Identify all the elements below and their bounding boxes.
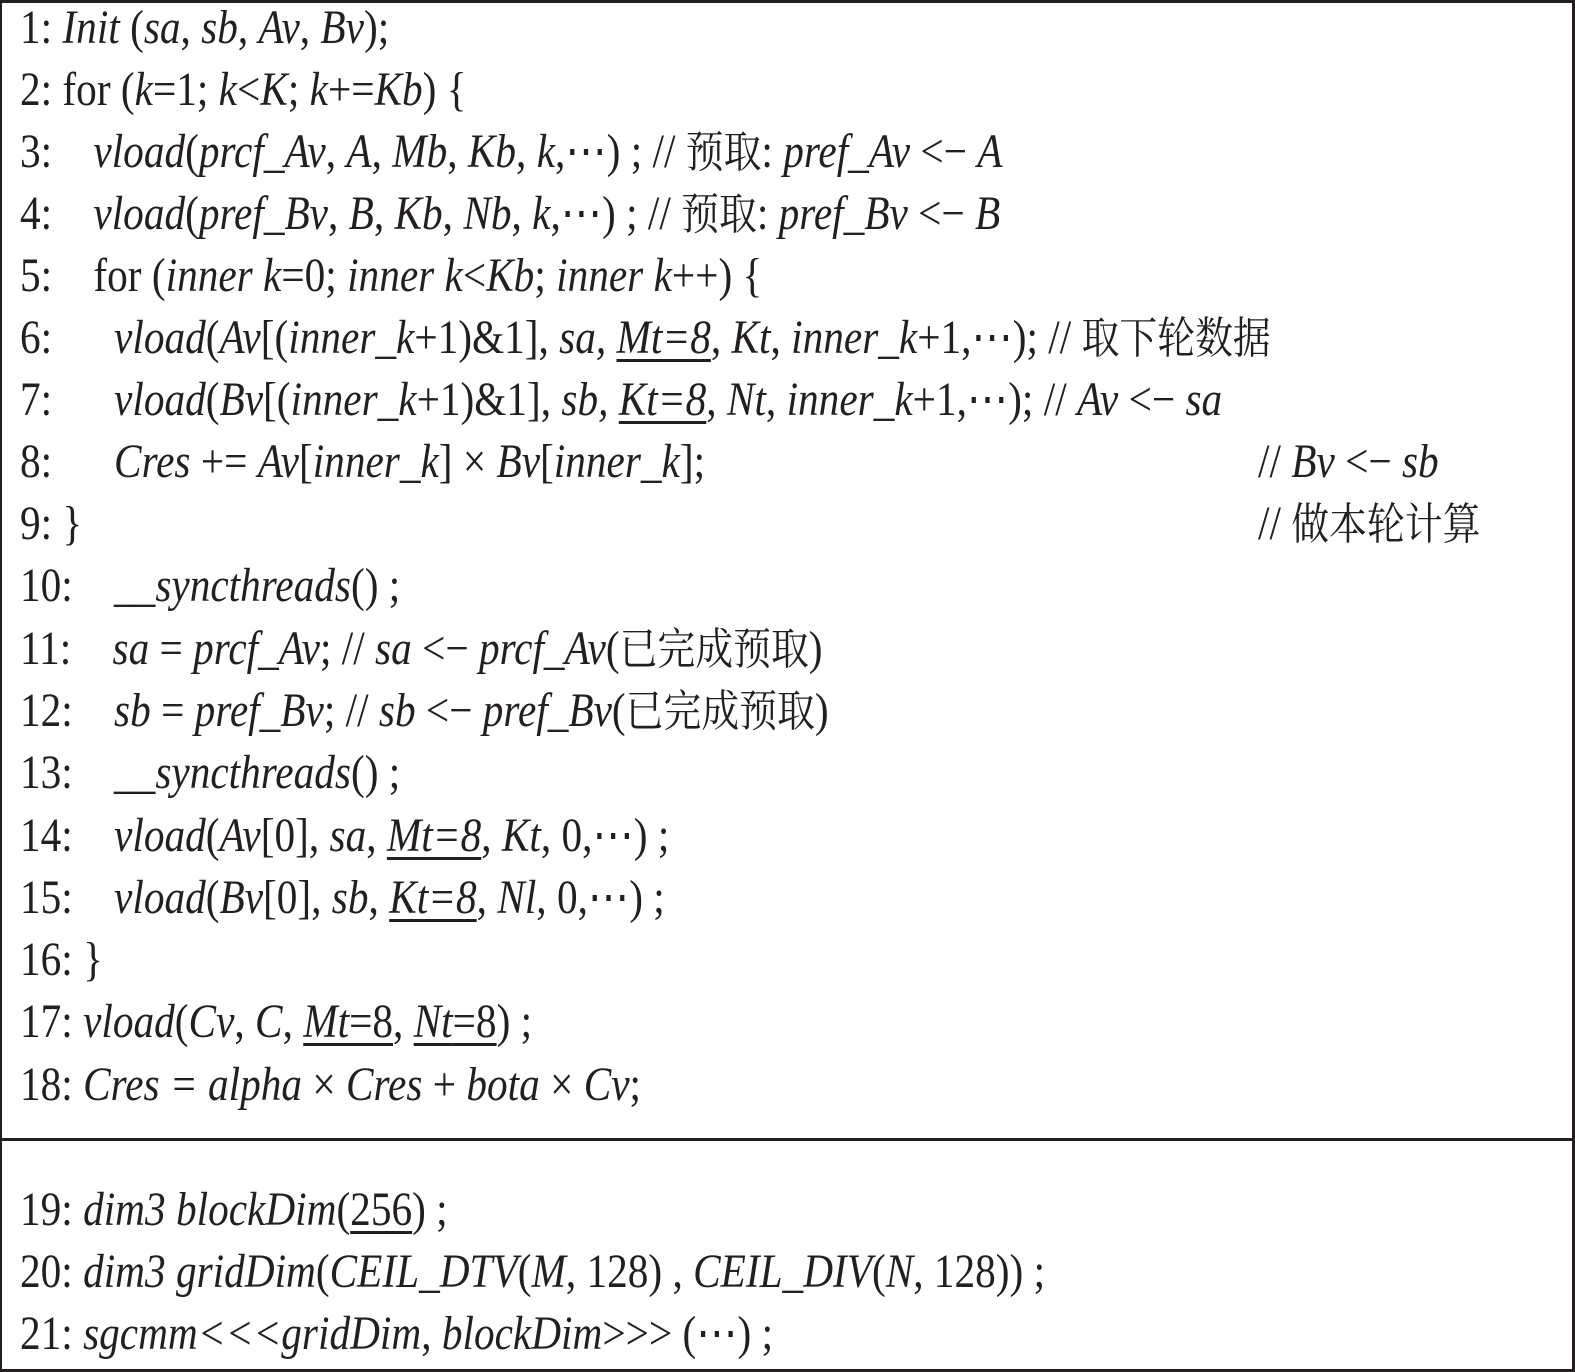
code-token	[73, 559, 114, 612]
code-token	[52, 435, 114, 488]
code-token: ; //	[324, 684, 379, 737]
side-comment: // 做本轮计算	[1258, 493, 1480, 555]
line-number: 2:	[20, 63, 52, 116]
code-token: A	[977, 125, 1002, 178]
code-token: A	[346, 125, 371, 178]
code-token: CEIL_DTV	[330, 1245, 518, 1298]
line-number: 8:	[20, 435, 52, 488]
code-token: (	[606, 622, 620, 675]
code-token: ;	[630, 1058, 641, 1111]
code-token	[73, 1245, 83, 1298]
code-token: =1;	[153, 63, 219, 116]
code-token: k	[537, 125, 555, 178]
code-token: ;	[534, 249, 556, 302]
code-line: 13: __syncthreads() ;	[20, 742, 400, 804]
code-line: 7: vload(Bv[(inner_k+1)&1], sb, Kt=8, Nt…	[20, 369, 1222, 431]
code-line: 2: for (k=1; k<K; k+=Kb) {	[20, 59, 467, 121]
line-number: 3:	[20, 125, 52, 178]
code-token	[71, 622, 112, 675]
code-token: +1,⋯); //	[917, 311, 1081, 364]
side-comment: // Bv <− sb	[1258, 431, 1439, 493]
code-token: ,	[443, 187, 464, 240]
code-token: (	[206, 809, 220, 862]
code-token: vload	[93, 125, 185, 178]
code-line: 14: vload(Av[0], sa, Mt=8, Kt, 0,⋯) ;	[20, 805, 669, 867]
code-token: ,	[421, 1307, 442, 1360]
code-token: (	[612, 684, 626, 737]
code-token: Bv	[496, 435, 540, 488]
code-token: +1,⋯); //	[913, 373, 1077, 426]
code-token: k	[532, 187, 550, 240]
code-line: 6: vload(Av[(inner_k+1)&1], sa, Mt=8, Kt…	[20, 307, 1271, 369]
code-token: =	[149, 622, 193, 675]
code-token: Nt	[414, 995, 453, 1048]
code-token: =8	[453, 995, 497, 1048]
code-token: ,	[372, 125, 393, 178]
code-token	[52, 125, 93, 178]
code-token: pref_Bv	[483, 684, 612, 737]
code-token: =	[151, 684, 195, 737]
code-token: k	[135, 63, 153, 116]
code-token: //	[1258, 497, 1291, 550]
code-token: Cres	[346, 1058, 422, 1111]
code-token	[73, 684, 114, 737]
code-token: ,	[711, 311, 732, 364]
code-line: 21: sgcmm<<<gridDim, blockDim>>> (⋯) ;	[20, 1303, 773, 1365]
code-token: __syncthreads	[114, 559, 351, 612]
code-token: sa	[375, 622, 412, 675]
code-token: Bv	[219, 373, 263, 426]
code-line: 16: }	[20, 929, 103, 991]
code-token: M	[531, 1245, 565, 1298]
code-line: 18: Cres = alpha × Cres + bota × Cv;	[20, 1054, 641, 1116]
code-token: inner_k	[554, 435, 680, 488]
line-number: 7:	[20, 373, 52, 426]
code-token: }	[73, 933, 103, 986]
code-token: ,	[771, 311, 792, 364]
code-line: 9: }	[20, 493, 82, 555]
code-token: );	[364, 1, 389, 54]
code-line: 3: vload(prcf_Av, A, Mb, Kb, k,⋯) ; // 预…	[20, 121, 1003, 183]
code-token: :	[757, 187, 779, 240]
code-token: Av	[1077, 373, 1118, 426]
code-token: ,	[300, 1, 321, 54]
code-token: ,	[447, 125, 468, 178]
code-token: ,⋯) ; //	[555, 125, 686, 178]
code-token: Av	[258, 435, 299, 488]
code-token: Init	[62, 1, 119, 54]
code-token: ) {	[423, 63, 467, 116]
code-token: Nb	[463, 187, 511, 240]
code-line: 10: __syncthreads() ;	[20, 555, 400, 617]
code-token: ++) {	[672, 249, 762, 302]
code-token: sa	[1185, 373, 1222, 426]
code-token: B	[349, 187, 374, 240]
code-token: ,	[366, 809, 387, 862]
code-token: sb	[1402, 435, 1439, 488]
code-token: //	[1258, 435, 1291, 488]
code-token: dim3 blockDim	[83, 1183, 336, 1236]
code-token: sa	[330, 809, 367, 862]
code-token: Av	[219, 311, 260, 364]
code-token: <−	[1335, 435, 1402, 488]
code-token: 做本轮计算	[1291, 499, 1480, 550]
code-token: Av	[219, 809, 260, 862]
code-token: [(	[261, 311, 288, 364]
code-line: 20: dim3 gridDim(CEIL_DTV(M, 128) , CEIL…	[20, 1241, 1045, 1303]
line-number: 17:	[20, 995, 73, 1048]
code-token: (	[872, 1245, 886, 1298]
code-token: Cres = alpha	[83, 1058, 302, 1111]
code-token: <−	[412, 622, 479, 675]
code-token: inner k	[556, 249, 672, 302]
code-token: ;	[288, 63, 310, 116]
code-token: vload	[114, 311, 206, 364]
code-token: (	[206, 373, 220, 426]
code-token: +=	[190, 435, 257, 488]
code-token: CEIL_DIV	[693, 1245, 872, 1298]
code-token: <−	[416, 684, 483, 737]
code-token: inner k	[166, 249, 282, 302]
code-token: }	[52, 497, 82, 550]
code-token: __syncthreads	[114, 746, 351, 799]
code-token: for (	[52, 249, 165, 302]
code-token: sb,	[561, 373, 618, 426]
code-token: 取下轮数据	[1082, 313, 1271, 364]
line-number: 12:	[20, 684, 73, 737]
block-separator	[0, 1138, 1575, 1141]
code-token: k	[310, 63, 328, 116]
code-token: inner_k	[288, 311, 414, 364]
code-token: ,	[481, 809, 502, 862]
code-token: 已完成预取	[620, 624, 809, 675]
line-number: 11:	[20, 622, 71, 675]
code-token: Bv	[1291, 435, 1335, 488]
code-token: ,	[283, 995, 304, 1048]
code-token: 预取	[681, 189, 757, 240]
code-token: inner_k	[291, 373, 417, 426]
code-token: ) ;	[497, 995, 533, 1048]
line-number: 6:	[20, 311, 52, 364]
code-token: +	[422, 1058, 466, 1111]
code-token: (	[206, 871, 220, 924]
code-token: ,	[374, 187, 395, 240]
code-token: +1)&1],	[417, 373, 562, 426]
code-token: ,	[328, 187, 349, 240]
code-token: :	[761, 125, 783, 178]
code-token: sb	[332, 871, 369, 924]
code-token	[73, 995, 83, 1048]
code-token: , 0,⋯) ;	[536, 871, 664, 924]
code-token: vload	[114, 871, 206, 924]
code-token	[52, 311, 114, 364]
code-token: vload	[83, 995, 175, 1048]
code-token: <−	[1118, 373, 1185, 426]
code-token: 已完成预取	[626, 686, 815, 737]
code-token: Kt=8	[619, 373, 707, 426]
code-token: [(	[263, 373, 290, 426]
code-token: (	[336, 1183, 350, 1236]
line-number: 21:	[20, 1307, 73, 1360]
line-number: 1:	[20, 1, 52, 54]
line-number: 19:	[20, 1183, 73, 1236]
code-line: 4: vload(pref_Bv, B, Kb, Nb, k,⋯) ; // 预…	[20, 183, 1000, 245]
code-token: Mt	[303, 995, 349, 1048]
code-token: Av	[259, 1, 300, 54]
code-token: prcf_Av	[479, 622, 606, 675]
line-number: 15:	[20, 871, 73, 924]
code-token	[52, 373, 114, 426]
code-token: Kt	[502, 809, 541, 862]
code-token: () ;	[351, 746, 400, 799]
code-token: inner_k	[791, 311, 917, 364]
code-token: (	[120, 1, 144, 54]
line-number: 13:	[20, 746, 73, 799]
code-token: <	[237, 63, 260, 116]
code-token: Bv	[219, 871, 263, 924]
code-token: Cv	[584, 1058, 630, 1111]
code-token	[73, 1058, 83, 1111]
code-token: )	[809, 622, 823, 675]
line-number: 4:	[20, 187, 52, 240]
code-token: 预取	[686, 127, 762, 178]
code-token: Kt=8	[389, 871, 477, 924]
code-token: ,	[238, 1, 259, 54]
code-token: Kb	[486, 249, 534, 302]
code-token: [	[299, 435, 313, 488]
code-token: pref_Bv	[199, 187, 328, 240]
line-number: 14:	[20, 809, 73, 862]
line-number: 9:	[20, 497, 52, 550]
code-token: pref_Bv	[195, 684, 324, 737]
code-token: pref_Av	[783, 125, 910, 178]
code-line: 15: vload(Bv[0], sb, Kt=8, Nl, 0,⋯) ;	[20, 867, 665, 929]
code-token: (	[175, 995, 189, 1048]
code-token	[73, 809, 114, 862]
code-token: +=	[328, 63, 375, 116]
code-token: sa	[113, 622, 150, 675]
code-token: sa,	[559, 311, 616, 364]
code-token: N	[886, 1245, 914, 1298]
code-token: vload	[93, 187, 185, 240]
code-token: (	[316, 1245, 330, 1298]
code-line: 19: dim3 blockDim(256) ;	[20, 1179, 448, 1241]
code-token: Cres	[114, 435, 190, 488]
code-token: Nl	[497, 871, 536, 924]
code-token: Kb	[375, 63, 423, 116]
code-token: vload	[114, 373, 206, 426]
code-token: ];	[680, 435, 705, 488]
code-token: vload	[114, 809, 206, 862]
code-token: blockDim	[442, 1307, 602, 1360]
code-token: (	[518, 1245, 532, 1298]
code-token: k	[219, 63, 237, 116]
code-token: ; //	[320, 622, 375, 675]
code-token	[52, 187, 93, 240]
code-line: 1: Init (sa, sb, Av, Bv);	[20, 0, 389, 59]
code-line: 17: vload(Cv, C, Mt=8, Nt=8) ;	[20, 991, 532, 1053]
line-number: 5:	[20, 249, 52, 302]
code-line: 8: Cres += Av[inner_k] × Bv[inner_k];	[20, 431, 705, 493]
code-token: Cv	[189, 995, 235, 1048]
code-token	[73, 1307, 83, 1360]
code-token: (	[185, 187, 199, 240]
code-token: ,	[516, 125, 537, 178]
code-token: sgcmm<<<gridDim	[83, 1307, 421, 1360]
code-token	[52, 1, 62, 54]
code-token: [0],	[261, 809, 330, 862]
code-token: C	[255, 995, 283, 1048]
code-token: <	[463, 249, 486, 302]
code-token: K	[260, 63, 288, 116]
line-number: 18:	[20, 1058, 73, 1111]
line-number: 10:	[20, 559, 73, 612]
code-token: [	[540, 435, 554, 488]
code-token	[73, 746, 114, 799]
code-token: (	[206, 311, 220, 364]
code-token: () ;	[351, 559, 400, 612]
code-token: dim3 gridDim	[83, 1245, 316, 1298]
code-token: sa	[144, 1, 181, 54]
code-token: prcf_Av	[199, 125, 326, 178]
code-line: 12: sb = pref_Bv; // sb <− pref_Bv(已完成预取…	[20, 680, 829, 742]
code-token: for (	[52, 63, 135, 116]
code-token: [0],	[263, 871, 332, 924]
code-token: (	[185, 125, 199, 178]
code-token: ,⋯) ; //	[550, 187, 681, 240]
code-token: ,	[369, 871, 390, 924]
code-token: =8	[349, 995, 393, 1048]
code-token: ,	[393, 995, 414, 1048]
code-token: ,	[766, 373, 787, 426]
code-token: ,	[706, 373, 727, 426]
code-token: bota	[466, 1058, 539, 1111]
code-token: >>> (⋯) ;	[602, 1307, 773, 1360]
code-token: sb	[201, 1, 238, 54]
code-token: ,	[234, 995, 255, 1048]
code-token	[73, 871, 114, 924]
line-number: 20:	[20, 1245, 73, 1298]
code-token: Mt=8	[387, 809, 481, 862]
code-token: ×	[540, 1058, 584, 1111]
code-token: 256	[350, 1183, 412, 1236]
code-token: inner k	[347, 249, 463, 302]
code-token: , 128)) ;	[913, 1245, 1045, 1298]
code-token: <−	[910, 125, 977, 178]
code-token: inner_k	[313, 435, 439, 488]
code-token: +1)&1],	[414, 311, 559, 364]
code-token: ,	[511, 187, 532, 240]
code-token: Bv	[320, 1, 364, 54]
code-token: Nt	[727, 373, 766, 426]
code-token: ) ;	[412, 1183, 448, 1236]
code-token: sb	[379, 684, 416, 737]
code-token: Kb	[395, 187, 443, 240]
code-token: , 0,⋯) ;	[541, 809, 669, 862]
code-token: , 128) ,	[566, 1245, 693, 1298]
code-token: =0;	[281, 249, 347, 302]
code-token: Mt=8	[617, 311, 711, 364]
code-token: ×	[302, 1058, 346, 1111]
code-token: ,	[326, 125, 347, 178]
code-token: ,	[181, 1, 202, 54]
code-token: ] ×	[439, 435, 497, 488]
code-line: 5: for (inner k=0; inner k<Kb; inner k++…	[20, 245, 762, 307]
code-token: )	[815, 684, 829, 737]
code-token: prcf_Av	[193, 622, 320, 675]
code-token: Kt	[732, 311, 771, 364]
code-token: Mb	[392, 125, 447, 178]
line-number: 16:	[20, 933, 73, 986]
code-token: B	[975, 187, 1000, 240]
code-token	[73, 1183, 83, 1236]
code-token: inner_k	[787, 373, 913, 426]
code-token: pref_Bv	[779, 187, 908, 240]
code-token: Kb	[468, 125, 516, 178]
code-token: <−	[908, 187, 975, 240]
code-token: ,	[477, 871, 498, 924]
code-line: 11: sa = prcf_Av; // sa <− prcf_Av(已完成预取…	[20, 618, 823, 680]
code-token: sb	[114, 684, 151, 737]
